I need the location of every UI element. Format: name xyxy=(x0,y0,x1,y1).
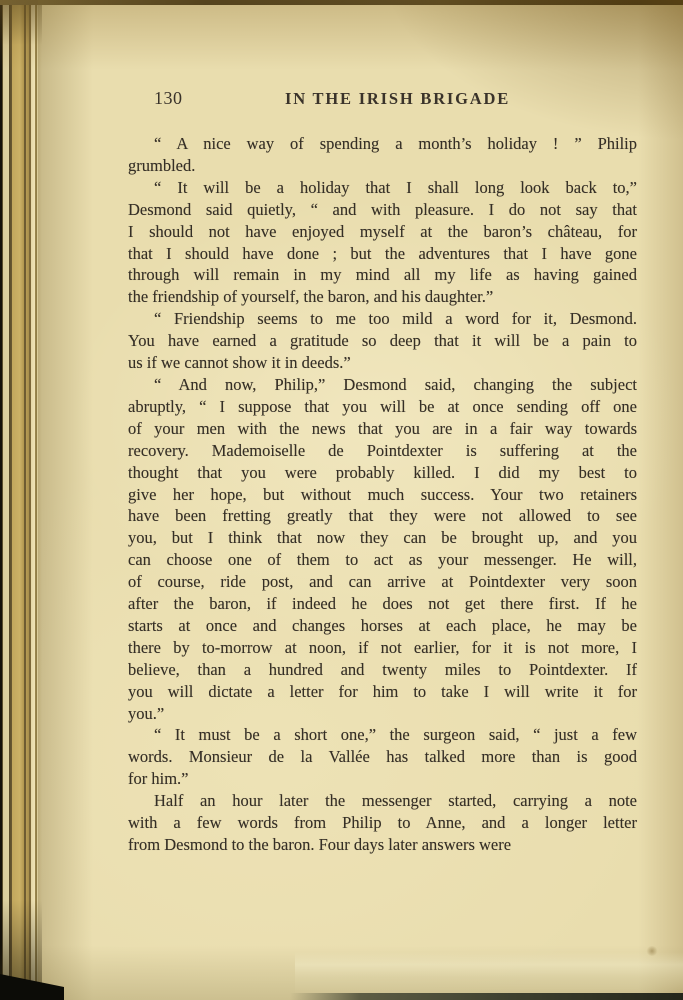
paper-blemish xyxy=(646,946,658,956)
text-line: you.” xyxy=(128,703,637,725)
text-line: grumbled. xyxy=(128,155,637,177)
text-line: abruptly, “ I suppose that you will be a… xyxy=(128,396,637,418)
text-line: Desmond said quietly, “ and with pleasur… xyxy=(128,199,637,221)
printed-page: 130 IN THE IRISH BRIGADE “ A nice way of… xyxy=(128,88,637,856)
text-line: you will dictate a letter for him to tak… xyxy=(128,681,637,703)
text-line: through will remain in my mind all my li… xyxy=(128,264,637,286)
text-line: us if we cannot show it in deeds.” xyxy=(128,352,637,374)
text-line: “ A nice way of spending a month’s holid… xyxy=(128,133,637,155)
text-line: there by to-morrow at noon, if not earli… xyxy=(128,637,637,659)
text-line: you, but I think that now they can be br… xyxy=(128,527,637,549)
paragraph: Half an hour later the messenger started… xyxy=(128,790,637,856)
text-line: recovery. Mademoiselle de Pointdexter is… xyxy=(128,440,637,462)
text-line: believe, than a hundred and twenty miles… xyxy=(128,659,637,681)
text-line: can choose one of them to act as your me… xyxy=(128,549,637,571)
text-line: You have earned a gratitude so deep that… xyxy=(128,330,637,352)
text-line: Half an hour later the messenger started… xyxy=(128,790,637,812)
text-line: have been fretting greatly that they wer… xyxy=(128,505,637,527)
text-line: give her hope, but without much success.… xyxy=(128,484,637,506)
book-edge-top xyxy=(0,0,683,5)
book-edge-bottom xyxy=(290,993,683,1000)
book-page-edges-left xyxy=(0,0,42,1000)
text-line: for him.” xyxy=(128,768,637,790)
text-line: starts at once and changes horses at eac… xyxy=(128,615,637,637)
text-line: from Desmond to the baron. Four days lat… xyxy=(128,834,637,856)
spine-shadow xyxy=(38,0,93,1000)
page-shading-bottom xyxy=(0,945,683,1000)
text-line: “ And now, Philip,” Desmond said, changi… xyxy=(128,374,637,396)
text-line: with a few words from Philip to Anne, an… xyxy=(128,812,637,834)
text-line: the friendship of yourself, the baron, a… xyxy=(128,286,637,308)
text-line: I should not have enjoyed myself at the … xyxy=(128,221,637,243)
text-line: “ It must be a short one,” the surgeon s… xyxy=(128,724,637,746)
page-text: “ A nice way of spending a month’s holid… xyxy=(128,133,637,856)
text-line: thought that you were probably killed. I… xyxy=(128,462,637,484)
text-line: “ It will be a holiday that I shall long… xyxy=(128,177,637,199)
paragraph: “ It must be a short one,” the surgeon s… xyxy=(128,724,637,790)
scanner-streaks xyxy=(295,952,683,994)
paragraph: “ Friendship seems to me too mild a word… xyxy=(128,308,637,374)
text-line: that I should have done ; but the advent… xyxy=(128,243,637,265)
paragraph: “ A nice way of spending a month’s holid… xyxy=(128,133,637,177)
book-page-scan: 130 IN THE IRISH BRIGADE “ A nice way of… xyxy=(0,0,683,1000)
page-header: 130 IN THE IRISH BRIGADE xyxy=(128,88,637,108)
paragraph: “ And now, Philip,” Desmond said, changi… xyxy=(128,374,637,725)
running-title: IN THE IRISH BRIGADE xyxy=(143,89,652,109)
text-line: of course, ride post, and can arrive at … xyxy=(128,571,637,593)
paragraph: “ It will be a holiday that I shall long… xyxy=(128,177,637,308)
text-line: “ Friendship seems to me too mild a word… xyxy=(128,308,637,330)
text-line: after the baron, if indeed he does not g… xyxy=(128,593,637,615)
text-line: of your men with the news that you are i… xyxy=(128,418,637,440)
text-line: words. Monsieur de la Vallée has talked … xyxy=(128,746,637,768)
